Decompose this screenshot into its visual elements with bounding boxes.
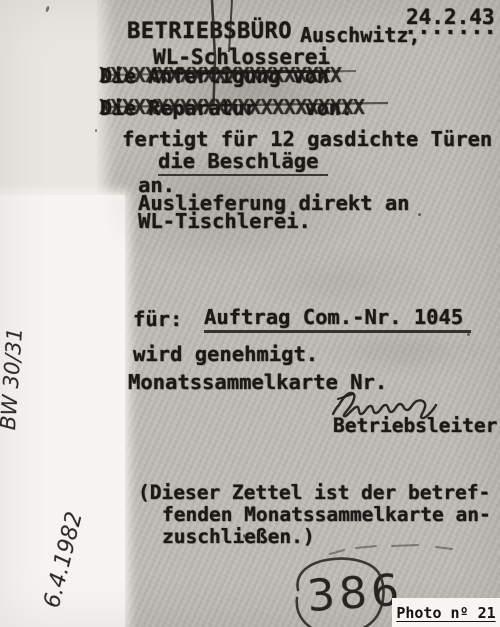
photo-label: Photo nº 21 (392, 598, 500, 627)
approval-text: wird genehmigt. (133, 342, 318, 366)
delivery-line-2: WL-Tischlerei. (138, 209, 311, 233)
left-margin-top (0, 0, 97, 205)
note-line-1: (Dieser Zettel ist der betref- (138, 481, 490, 504)
page-number: 386 (305, 565, 404, 623)
order-reference: Auftrag Com.-Nr. 1045 (204, 305, 471, 333)
task-line-1: fertigt für 12 gasdichte Türen (122, 127, 492, 151)
note-line-3: zuschließen.) (162, 525, 315, 548)
task-line-2: die Beschläge (158, 149, 328, 176)
date-dotted-line: ....... (404, 15, 497, 40)
note-line-2: fenden Monatssammelkarte an- (162, 503, 491, 526)
dust-speck (467, 333, 470, 336)
paper-stain (250, 252, 430, 312)
card-label: Monatssammelkarte Nr. (128, 370, 387, 394)
dust-speck (95, 129, 97, 132)
struck-line-2-overtype: XXXXXXXXXXXXXXXXXXXXXXX (99, 95, 364, 119)
signature-crossbar (338, 394, 353, 399)
for-label: für: (133, 307, 182, 331)
paper-stain (320, 328, 490, 373)
struck-line-1-overtype: XXXXXXXXXXXXXXXXXXXXX (99, 63, 341, 87)
office-heading: BETRIEBSBÜRO (127, 19, 292, 44)
photo-label-text: Photo nº 21 (396, 604, 495, 622)
smudge-dashes (330, 545, 452, 554)
document-photograph: BETRIEBSBÜRO Auschwitz, 24.2.43 ....... … (0, 0, 500, 627)
place-name: Auschwitz, (300, 23, 420, 47)
dust-speck (418, 213, 421, 216)
signature-role: Betriebsleiter (333, 414, 497, 437)
